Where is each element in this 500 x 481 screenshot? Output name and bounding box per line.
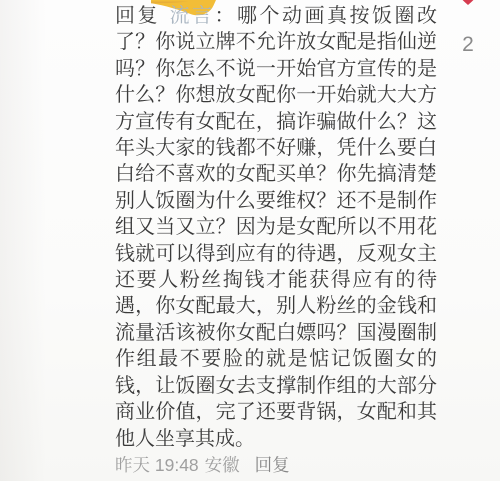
comment-text: 回复流言：哪个动画真按饭圈改了？你说立牌不允许放女配是指仙逆吗？你怎么不说一开始… bbox=[115, 3, 437, 452]
colon-separator: ： bbox=[215, 5, 238, 27]
comment-meta-row: 昨天 19:48 安徽 回复 bbox=[115, 452, 290, 477]
like-count: 2 bbox=[448, 33, 488, 57]
heart-icon bbox=[456, 0, 480, 7]
timestamp: 昨天 19:48 bbox=[115, 452, 199, 477]
location-label: 安徽 bbox=[205, 452, 240, 477]
comment-body-text: 哪个动画真按饭圈改了？你说立牌不允许放女配是指仙逆吗？你怎么不说一开始官方宣传的… bbox=[115, 5, 437, 450]
replied-username-link[interactable]: 流言 bbox=[167, 5, 215, 27]
like-button[interactable]: 2 bbox=[448, 0, 488, 60]
reply-to-label: 回复 bbox=[115, 5, 160, 27]
reply-button[interactable]: 回复 bbox=[255, 452, 290, 477]
comment-screenshot: 2 回复流言：哪个动画真按饭圈改了？你说立牌不允许放女配是指仙逆吗？你怎么不说一… bbox=[0, 0, 500, 481]
